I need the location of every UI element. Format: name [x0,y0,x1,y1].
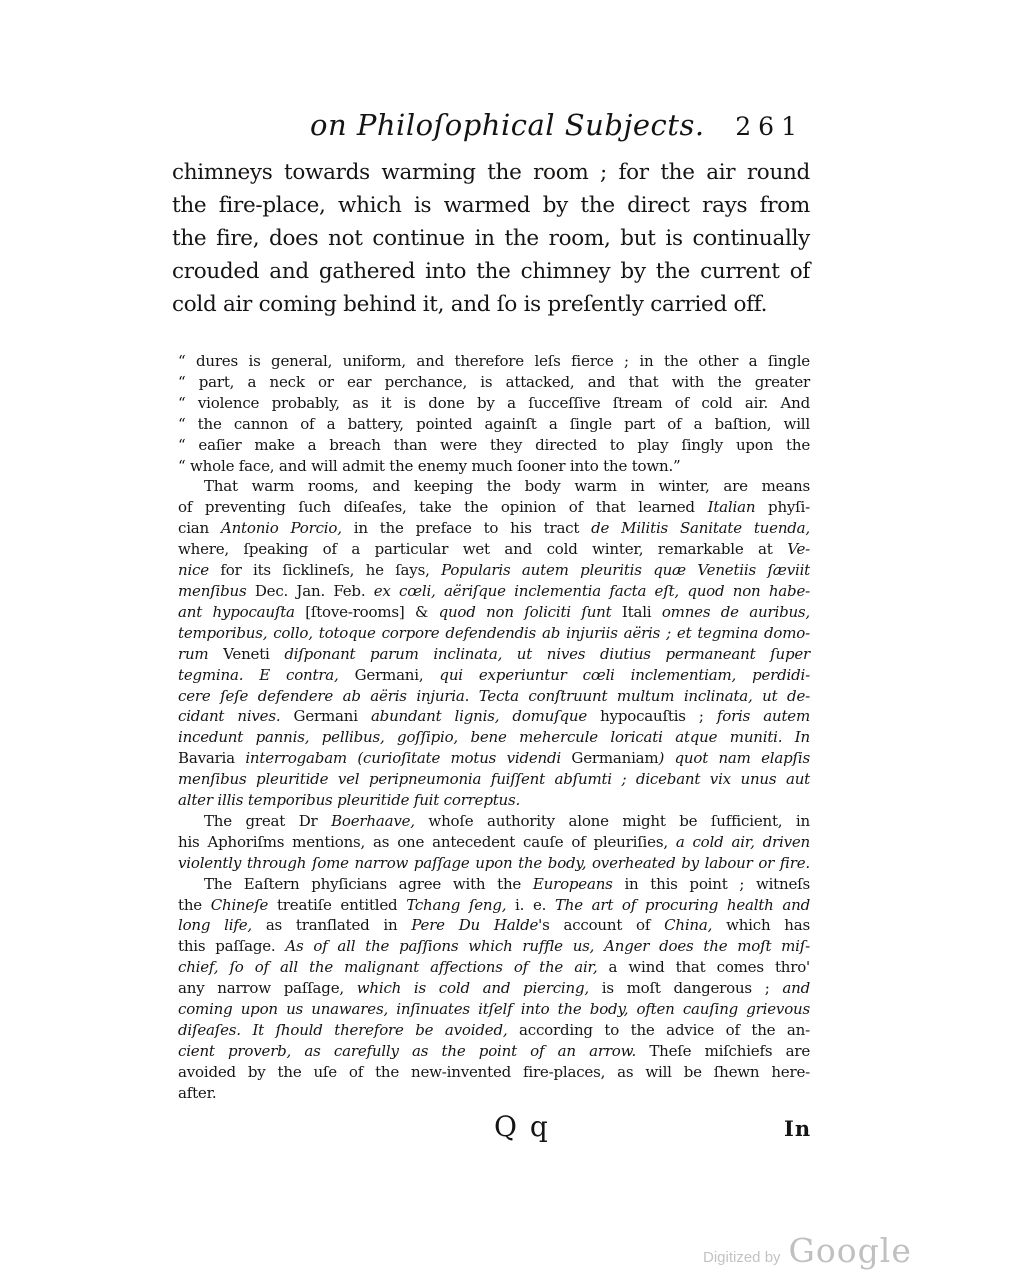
text-line: “ violence probably, as it is done by a … [178,393,810,414]
text-line: where, ſpeaking of a particular wet and … [178,539,810,560]
footnote-block: “ dures is general, uniform, and therefo… [178,351,810,1104]
footnote-paragraph-italian-physician: That warm rooms, and keeping the body wa… [178,476,810,811]
text-line: “ the cannon of a battery, pointed again… [178,414,810,435]
text-line: menſibus Dec. Jan. Feb. ex cœli, aëriſqu… [178,581,810,602]
footnote-quote: “ dures is general, uniform, and therefo… [178,351,810,476]
text-line: cian Antonio Porcio, in the preface to h… [178,518,810,539]
text-line: of preventing ſuch diſeaſes, take the op… [178,497,810,518]
footnote-paragraph-eastern-physicians: The Eaſtern phyſicians agree with the Eu… [178,874,810,1104]
text-line: crouded and gathered into the chimney by… [172,255,810,288]
text-line: rum Veneti diſponant parum inclinata, ut… [178,644,810,665]
text-line: violently through ſome narrow paſſage up… [178,853,810,874]
text-line: menſibus pleuritide vel peripneumonia fu… [178,769,810,790]
signature-mark: Q q [494,1110,550,1143]
text-line: That warm rooms, and keeping the body wa… [178,476,810,497]
running-head-title: on Philoſophical Subjects. [310,108,705,142]
main-paragraph: chimneys towards warming the room ; for … [172,156,810,321]
footnote-paragraph-boerhaave: The great Dr Boerhaave, whoſe authority … [178,811,810,874]
text-line: diſeaſes. It ſhould therefore be avoided… [178,1020,810,1041]
text-line: incedunt pannis, pellibus, goſſipio, ben… [178,727,810,748]
text-line: his Aphoriſms mentions, as one anteceden… [178,832,810,853]
text-line: “ eaſier make a breach than were they di… [178,435,810,456]
text-line: chimneys towards warming the room ; for … [172,156,810,189]
text-line: coming upon us unawares, inſinuates itſe… [178,999,810,1020]
text-line: the fire-place, which is warmed by the d… [172,189,810,222]
text-line: this paſſage. As of all the paſſions whi… [178,936,810,957]
text-line: chief, ſo of all the malignant affection… [178,957,810,978]
text-line: cient proverb, as carefully as the point… [178,1041,810,1062]
text-line: “ whole face, and will admit the enemy m… [178,456,810,477]
text-line: temporibus, collo, totoque corpore defen… [178,623,810,644]
text-line: any narrow paſſage, which is cold and pi… [178,978,810,999]
page-number: 261 [735,112,804,141]
running-head: on Philoſophical Subjects. 261 [172,108,812,152]
text-line: The Eaſtern phyſicians agree with the Eu… [178,874,810,895]
text-line: ant hypocauſta [ſtove-rooms] & quod non … [178,602,810,623]
google-logo: Google [789,1231,912,1270]
watermark-prefix-text: Digitized by [703,1249,781,1266]
text-line: “ part, a neck or ear perchance, is atta… [178,372,810,393]
google-watermark: Digitized by Google [703,1231,912,1270]
text-line: Bavaria interrogabam (curioſitate motus … [178,748,810,769]
text-line: cidant nives. Germani abundant lignis, d… [178,706,810,727]
text-line: the Chineſe treatiſe entitled Tchang ſen… [178,895,810,916]
text-line: alter illis temporibus pleuritide fuit c… [178,790,810,811]
text-line: long life, as tranſlated in Pere Du Hald… [178,915,810,936]
text-line: “ dures is general, uniform, and therefo… [178,351,810,372]
book-page-scan: on Philoſophical Subjects. 261 chimneys … [0,0,1014,1282]
text-line: cold air coming behind it, and ſo is pre… [172,288,810,321]
text-line: avoided by the uſe of the new-invented f… [178,1062,810,1083]
text-line: cere ſeſe defendere ab aëris injuria. Te… [178,686,810,707]
text-line: the fire, does not continue in the room,… [172,222,810,255]
catchword: In [784,1116,811,1141]
text-line: tegmina. E contra, Germani, qui experiun… [178,665,810,686]
text-line: after. [178,1083,810,1104]
text-line: The great Dr Boerhaave, whoſe authority … [178,811,810,832]
text-line: nice for its ſicklineſs, he ſays, Popula… [178,560,810,581]
